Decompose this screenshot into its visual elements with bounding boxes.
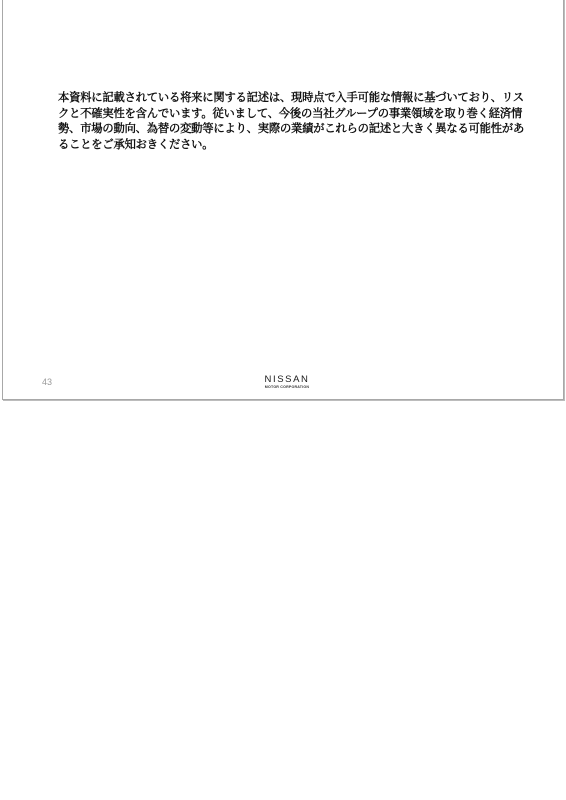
nissan-logo: NISSAN MOTOR CORPORATION	[257, 375, 317, 390]
logo-subtitle: MOTOR CORPORATION	[257, 385, 317, 390]
slide-page: 本資料に記載されている将来に関する記述は、現時点で入手可能な情報に基づいており、…	[2, 0, 564, 400]
disclaimer-text: 本資料に記載されている将来に関する記述は、現時点で入手可能な情報に基づいており、…	[58, 90, 526, 152]
logo-wordmark: NISSAN	[257, 375, 317, 385]
page-number: 43	[42, 377, 52, 387]
